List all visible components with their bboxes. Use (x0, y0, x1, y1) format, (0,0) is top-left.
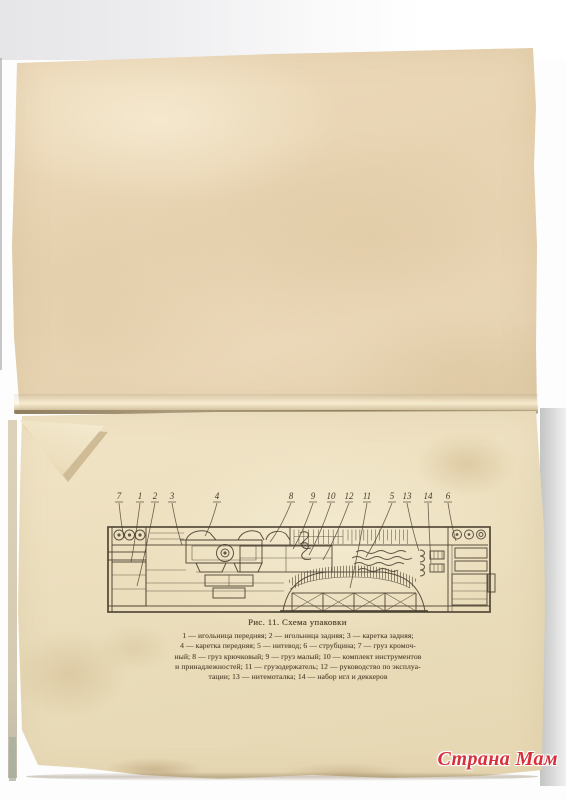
site-watermark: Страна Мам (432, 748, 558, 771)
diagram-callout-number: 1 (138, 491, 143, 501)
figure-caption: 1 — игольница передняя; 2 — игольница за… (138, 631, 458, 682)
hooked-weights (420, 550, 444, 576)
diagram-callout-number: 9 (311, 491, 316, 501)
diagram-callout-number: 4 (215, 491, 220, 501)
trestle-base (280, 593, 428, 611)
diagram-leader-line (119, 503, 124, 538)
diagram-leader-line (448, 503, 456, 541)
caption-line: ный; 8 — груз крючковый; 9 — груз малый;… (138, 652, 458, 662)
diagram-callout-number: 5 (390, 491, 395, 501)
caption-line: и принадлежностей; 11 — грузодержатель; … (138, 662, 458, 672)
diagram-callout-number: 3 (169, 491, 175, 501)
diagram-callout-number: 14 (424, 491, 434, 501)
caption-line: тации; 13 — нитемоталка; 14 — набор игл … (138, 672, 458, 682)
caption-line: 1 — игольница передняя; 2 — игольница за… (138, 631, 458, 641)
diagram-callout-number: 13 (403, 491, 413, 501)
diagram-callout-number: 7 (117, 491, 122, 501)
diagram-leader-line (323, 503, 349, 560)
diagram-callout-number: 12 (345, 491, 355, 501)
figure-caption-title: Рис. 11. Схема упаковки (140, 617, 455, 627)
diagram-callout-number: 10 (327, 491, 337, 501)
right-compartment (448, 527, 495, 612)
diagram-leader-line (309, 503, 331, 555)
scanned-booklet-photo: 7123489101211513146 Рис. 11. Схема упако… (0, 0, 566, 800)
left-compartment (108, 527, 184, 606)
diagram-callout-number: 6 (446, 491, 451, 501)
caption-line: 4 — каретка передняя; 5 — нитевод; 6 — с… (138, 641, 458, 651)
left-clamp-screws (114, 530, 145, 540)
right-clamp-screws (453, 530, 486, 539)
diagram-callout-number: 8 (289, 491, 294, 501)
diagram-leader-line (366, 503, 392, 557)
slat-box (240, 537, 343, 573)
diagram-callout-number: 11 (363, 491, 371, 501)
diagram-callout-number: 2 (153, 491, 158, 501)
